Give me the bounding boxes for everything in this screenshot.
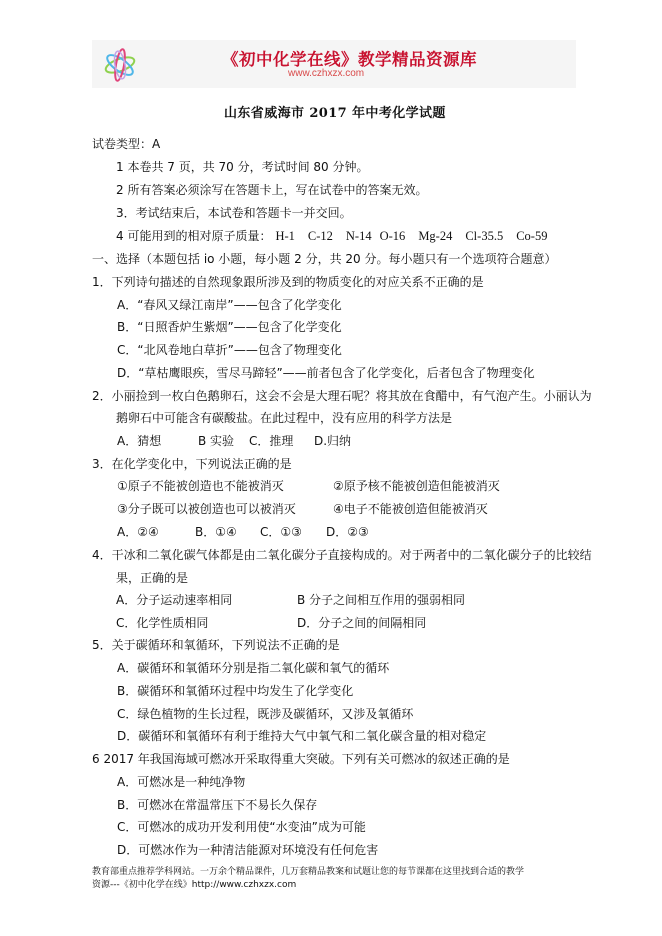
atomic-mass-item: Mg-24	[418, 228, 452, 244]
question-4-option-d: D．分子之间的间隔相同	[297, 615, 426, 631]
question-3-statement-4: ④电子不能被创造但能被消灭	[333, 501, 488, 517]
question-1-option-c: C．“北风卷地白草折”——包含了物理变化	[117, 342, 342, 358]
instruction-2: 2 所有答案必须涂写在答题卡上，写在试卷中的答案无效。	[116, 182, 427, 198]
question-5-option-a: A．碳循环和氧循环分别是指二氧化碳和氧气的循环	[117, 660, 389, 676]
question-2-stem: 2．小丽捡到一枚白色鹅卵石，这会不会是大理石呢？将其放在食醋中，有气泡产生。小丽…	[92, 388, 592, 404]
question-4-stem-cont: 果，正确的是	[116, 570, 188, 586]
question-3-statement-3: ③分子既可以被创造也可以被消灭	[117, 501, 296, 517]
question-2-option-b: B 实验	[198, 433, 234, 449]
atomic-mass-label: 4 可能用到的相对原子质量：	[116, 228, 271, 244]
question-1-option-d: D．“草枯鹰眼疾，雪尽马蹄轻”——前者包含了化学变化，后者包含了物理变化	[117, 365, 535, 381]
page-footer: 教育部重点推荐学科网站。一万余个精品课件，几万套精品教案和试题让您的每节课都在这…	[92, 866, 592, 892]
question-6-option-b: B．可燃冰在常温常压下不易长久保存	[117, 797, 317, 813]
question-5-option-c: C．绿色植物的生长过程，既涉及碳循环，又涉及氧循环	[117, 706, 413, 722]
question-6-option-c: C．可燃冰的成功开发利用使“水变油”成为可能	[117, 819, 366, 835]
question-2-option-d: D.归纳	[314, 433, 351, 449]
question-1-option-a: A．“春风又绿江南岸”——包含了化学变化	[117, 297, 342, 313]
question-2-option-c: C．推理	[249, 433, 293, 449]
atomic-mass-item: N-14	[346, 228, 372, 244]
paper-type: 试卷类型：A	[92, 136, 160, 152]
question-4-stem: 4．干冰和二氧化碳气体都是由二氧化碳分子直接构成的。对于两者中的二氧化碳分子的比…	[92, 547, 592, 563]
atomic-mass-line: 4 可能用到的相对原子质量：H-1C-12N-14O-16Mg-24Cl-35.…	[116, 228, 560, 244]
question-4-option-c: C．化学性质相同	[116, 615, 208, 631]
question-2-option-a: A．猜想	[117, 433, 161, 449]
question-5-option-d: D．碳循环和氧循环有利于维持大气中氧气和二氧化碳含量的相对稳定	[117, 728, 486, 744]
atomic-mass-item: Co-59	[516, 228, 547, 244]
banner-title: 《初中化学在线》教学精品资源库	[222, 46, 477, 70]
header-banner: 《初中化学在线》教学精品资源库 www.czhxzx.com	[92, 40, 576, 88]
atomic-mass-item: Cl-35.5	[465, 228, 503, 244]
page-title: 山东省威海市 2017 年中考化学试题	[224, 102, 446, 121]
section-heading: 一、选择（本题包括 io 小题，每小题 2 分，共 20 分。每小题只有一个选项…	[92, 251, 556, 267]
footer-line-2: 资源---《初中化学在线》http://www.czhxzx.com	[92, 879, 592, 892]
atom-logo-icon	[100, 44, 140, 84]
question-5-option-b: B．碳循环和氧循环过程中均发生了化学变化	[117, 683, 353, 699]
question-3-stem: 3．在化学变化中，下列说法正确的是	[92, 456, 292, 472]
question-6-option-a: A．可燃冰是一种纯净物	[117, 774, 245, 790]
atomic-mass-item: H-1	[275, 228, 294, 244]
atomic-mass-item: O-16	[380, 228, 406, 244]
question-6-option-d: D．可燃冰作为一种清洁能源对环境没有任何危害	[117, 842, 378, 858]
question-3-statement-1: ①原子不能被创造也不能被消灭	[117, 478, 284, 494]
footer-line-1: 教育部重点推荐学科网站。一万余个精品课件，几万套精品教案和试题让您的每节课都在这…	[92, 866, 592, 879]
question-6-stem: 6 2017 年我国海域可燃冰开采取得重大突破。下列有关可燃冰的叙述正确的是	[92, 751, 510, 767]
instruction-3: 3．考试结束后，本试卷和答题卡一并交回。	[116, 205, 352, 221]
instruction-1: 1 本卷共 7 页，共 70 分，考试时间 80 分钟。	[116, 159, 369, 175]
question-4-option-a: A．分子运动速率相同	[116, 592, 232, 608]
question-3-option-c: C．①③	[260, 524, 302, 540]
question-3-option-d: D．②③	[326, 524, 369, 540]
question-3-option-b: B．①④	[195, 524, 237, 540]
question-3-option-a: A．②④	[117, 524, 159, 540]
banner-url: www.czhxzx.com	[288, 68, 364, 79]
question-1-option-b: B．“日照香炉生紫烟”——包含了化学变化	[117, 319, 342, 335]
question-2-stem-cont: 鹅卵石中可能含有碳酸盐。在此过程中，没有应用的科学方法是	[116, 410, 452, 426]
atomic-mass-item: C-12	[308, 228, 333, 244]
question-4-option-b: B 分子之间相互作用的强弱相同	[297, 592, 465, 608]
question-5-stem: 5．关于碳循环和氧循环，下列说法不正确的是	[92, 637, 340, 653]
question-1-stem: 1．下列诗句描述的自然现象跟所涉及到的物质变化的对应关系不正确的是	[92, 274, 484, 290]
question-3-statement-2: ②原予核不能被创造但能被消灭	[333, 478, 500, 494]
